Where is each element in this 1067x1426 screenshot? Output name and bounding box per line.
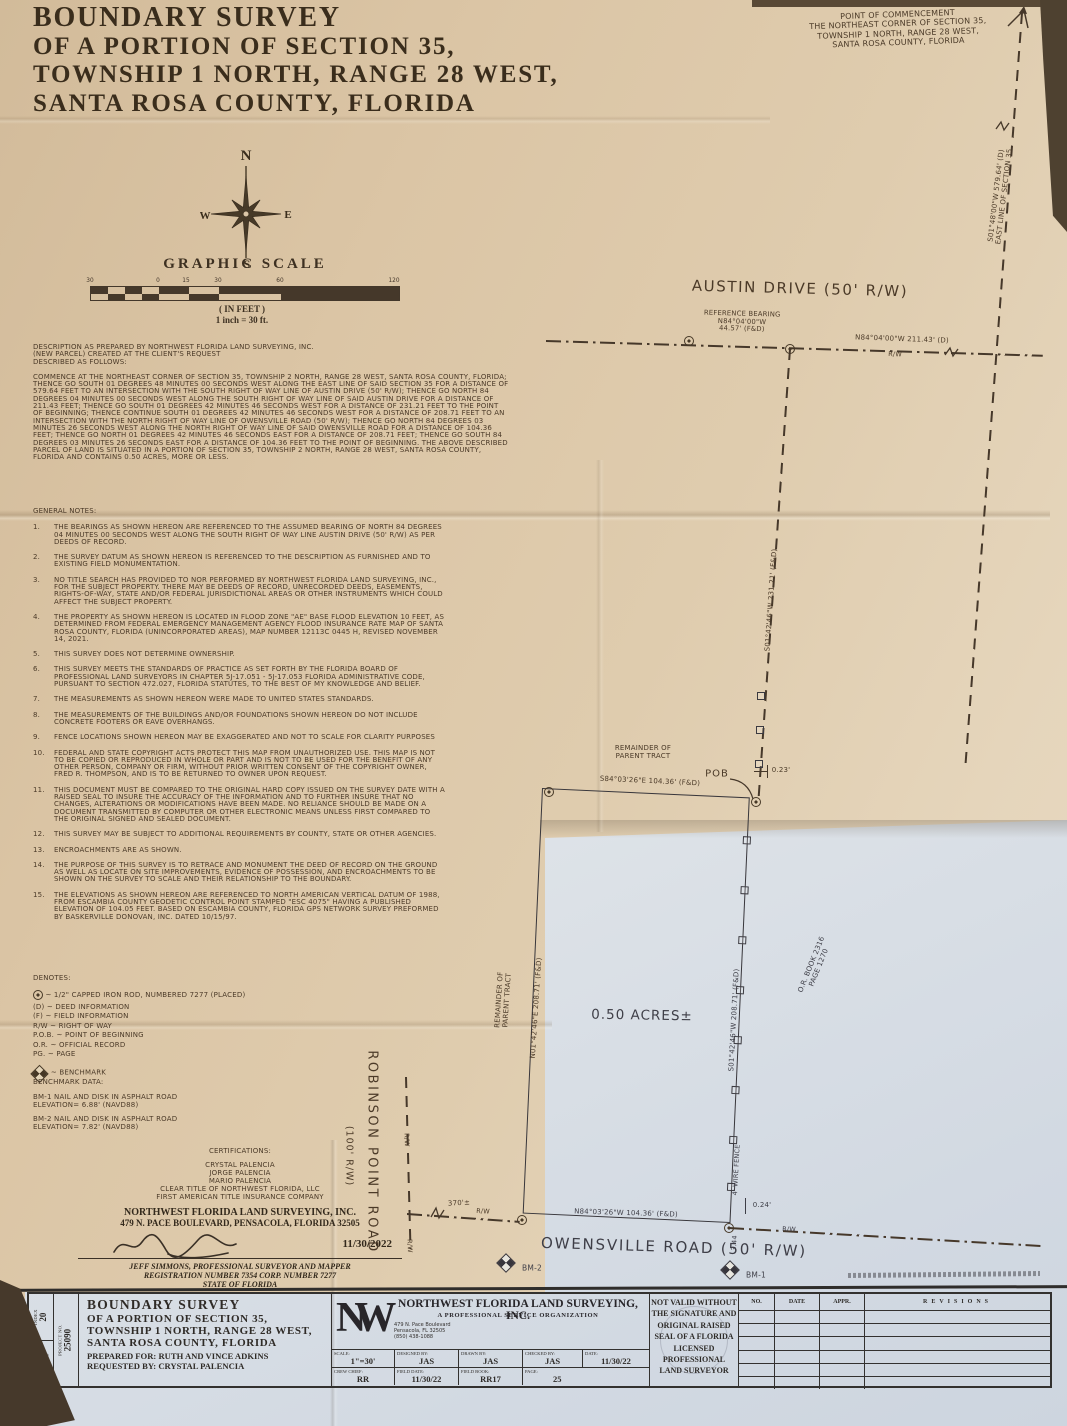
pob-label: POB: [705, 769, 729, 780]
rev-cell: [774, 1337, 819, 1349]
rev-cell: [864, 1364, 1050, 1376]
iron-rod-icon: [751, 797, 761, 807]
fence-post-marker: [740, 886, 748, 894]
remainder-parent-tract-label-west: REMAINDER OF PARENT TRACT: [493, 971, 513, 1028]
rev-cell: [739, 1337, 774, 1349]
revision-row-empty: [739, 1364, 1050, 1377]
line-break-icon: [995, 120, 1011, 132]
north-boundary-bearing: S84°03'26"E 104.36' (F&D): [600, 775, 701, 788]
line-break-icon: [944, 346, 960, 358]
rw-label: R/W: [405, 1239, 413, 1253]
project-rotated: PROJECT NO. 25090: [59, 1324, 73, 1356]
bm1-label: BM-1: [746, 1272, 766, 1281]
fence-post-marker: [757, 692, 765, 700]
remainder-line: REMAINDER OF: [615, 744, 671, 752]
tb-title-line: SANTA ROSA COUNTY, FLORIDA: [87, 1337, 331, 1349]
reference-bearing-distance: 44.57' (F&D): [703, 325, 780, 335]
reference-bearing-note: REFERENCE BEARING N84°04'00"W 44.57' (F&…: [703, 310, 780, 335]
company-header: NW NORTHWEST FLORIDA LAND SURVEYING, INC…: [332, 1294, 649, 1349]
robinson-point-road-label: ROBINSON POINT ROAD: [365, 1050, 380, 1253]
rev-cell: [774, 1351, 819, 1363]
photo-edge-top: [752, 0, 1067, 7]
company-address: 479 N. Pace Boulevard Pensacola, FL 3250…: [394, 1322, 451, 1340]
rev-cell: [819, 1337, 864, 1349]
rev-cell: [819, 1364, 864, 1376]
iron-rod-icon: [684, 336, 694, 346]
not-valid-cell: NOT VALID WITHOUT THE SIGNATURE AND ORIG…: [650, 1294, 739, 1386]
rev-col-no: NO.: [739, 1299, 774, 1305]
revision-row-empty: [739, 1337, 1050, 1350]
or-book-label: O.R. BOOK 2316 PAGE 1270: [796, 935, 833, 996]
rev-col-appr: APPR.: [819, 1294, 864, 1310]
index-value: 20: [39, 1313, 48, 1322]
field-value: JAS: [459, 1356, 522, 1366]
offset-tick: [767, 765, 768, 778]
rw-label: R/W: [476, 1208, 490, 1216]
company-address-line: (850) 438-1088: [394, 1334, 451, 1340]
distance-344-label: 3.44: [731, 1235, 739, 1251]
point-of-commencement-note: POINT OF COMMENCEMENT THE NORTHEAST CORN…: [777, 6, 1018, 52]
company-org: A PROFESSIONAL SERVICE ORGANIZATION: [390, 1312, 646, 1319]
rev-col-date: DATE: [774, 1294, 819, 1310]
date-field: DATE:11/30/22: [582, 1349, 649, 1367]
project-value: 25090: [64, 1329, 73, 1352]
scale-field: SCALE:1"=30': [332, 1349, 394, 1367]
field-label: PAGE:: [525, 1369, 538, 1374]
fence-post-marker: [756, 726, 764, 734]
field-value: RR: [332, 1374, 394, 1384]
fine-print-line: [848, 1271, 1040, 1278]
rev-cell: [739, 1324, 774, 1336]
rev-cell: [739, 1311, 774, 1323]
project-column: PROJECT NO. 25090: [54, 1294, 79, 1386]
fence-post-marker: [729, 1136, 737, 1144]
fields-row-1: SCALE:1"=30' DESIGNED BY:JAS DRAWN BY:JA…: [332, 1349, 649, 1367]
austin-drive-label: AUSTIN DRIVE (50' R/W): [692, 278, 909, 301]
offset-tick: [754, 771, 767, 772]
index-rotated: INDEX 20: [34, 1309, 48, 1325]
prepared-for: PREPARED FOR: RUTH AND VINCE ADKINS: [87, 1351, 331, 1361]
rev-cell: [864, 1324, 1050, 1336]
survey-drawing: POINT OF COMMENCEMENT THE NORTHEAST CORN…: [0, 0, 1067, 1426]
remainder-parent-tract-label: REMAINDER OF PARENT TRACT: [615, 744, 671, 760]
survey-sheet: BOUNDARY SURVEY OF A PORTION OF SECTION …: [0, 0, 1067, 1426]
company-logo: NW: [336, 1294, 384, 1342]
titleblock: INDEX 20 NO. 1 OF 1 SHEETS PROJECT NO. 2…: [27, 1292, 1052, 1388]
robinson-rw-label: (100' R/W): [344, 1126, 355, 1186]
rev-cell: [819, 1324, 864, 1336]
fields-row-2: CREW CHIEF:RR FIELD DATE:11/30/22 FIELD …: [332, 1367, 649, 1385]
rev-cell: [864, 1311, 1050, 1323]
fence-post-marker: [731, 1086, 739, 1094]
rev-cell: [774, 1324, 819, 1336]
seal-impression: [660, 1306, 728, 1374]
wire-fence-label: 4' WIRE FENCE: [732, 1144, 742, 1195]
rev-cell: [819, 1351, 864, 1363]
field-value: JAS: [395, 1356, 458, 1366]
rev-cell: [774, 1377, 819, 1389]
owensville-rw-line-west: [407, 1213, 520, 1222]
benchmark-icon: [720, 1260, 740, 1280]
revision-row-empty: [739, 1311, 1050, 1324]
rev-cell: [819, 1311, 864, 1323]
east-section-line-label: S01°48'00"W 579.64' (D) EAST LINE OF SEC…: [986, 147, 1014, 245]
page-field: PAGE:25: [522, 1367, 649, 1385]
austin-bearing-label: N84°04'00"W 211.43' (D): [855, 333, 949, 344]
company-cell: NW NORTHWEST FLORIDA LAND SURVEYING, INC…: [332, 1294, 650, 1386]
field-value: 1"=30': [332, 1356, 394, 1366]
rev-cell: [774, 1364, 819, 1376]
rev-cell: [739, 1351, 774, 1363]
crew-field: CREW CHIEF:RR: [332, 1367, 394, 1385]
tb-title-line: BOUNDARY SURVEY: [87, 1297, 331, 1313]
fence-post-marker: [738, 936, 746, 944]
rw-label: R/W: [888, 351, 902, 359]
field-value: 25: [553, 1374, 649, 1384]
pob-offset-label: 0.23': [772, 766, 791, 774]
bm2-label: BM-2: [522, 1265, 542, 1274]
parcel-acreage-label: 0.50 ACRES±: [591, 1008, 693, 1025]
remainder-line: PARENT TRACT: [615, 752, 671, 760]
east-section-line: [964, 13, 1022, 765]
requested-by: REQUESTED BY: CRYSTAL PALENCIA: [87, 1361, 331, 1371]
rev-col-title: REVISIONS: [864, 1294, 1050, 1310]
tb-title-line: OF A PORTION OF SECTION 35,: [87, 1313, 331, 1325]
iron-rod-icon: [544, 787, 554, 797]
titleblock-title-cell: BOUNDARY SURVEY OF A PORTION OF SECTION …: [79, 1294, 332, 1386]
rw-label: R/W: [782, 1226, 796, 1234]
revisions-header: NO. DATE APPR. REVISIONS: [739, 1294, 1050, 1311]
checked-field: CHECKED BY:JAS: [522, 1349, 582, 1367]
fence-post-marker: [755, 760, 763, 768]
offset-024-label: 0.24': [753, 1201, 772, 1209]
tb-title-line: TOWNSHIP 1 NORTH, RANGE 28 WEST,: [87, 1325, 331, 1337]
revision-row-empty: [739, 1351, 1050, 1364]
robinson-rw-line: [405, 1077, 411, 1249]
field-date-field: FIELD DATE:11/30/22: [394, 1367, 458, 1385]
field-book-field: FIELD BOOK:RR17: [458, 1367, 522, 1385]
rw-label: R/W: [402, 1133, 410, 1147]
rev-cell: [739, 1364, 774, 1376]
field-value: RR17: [459, 1374, 522, 1384]
rev-cell: [864, 1337, 1050, 1349]
parcel-boundary: [523, 788, 750, 1223]
designed-field: DESIGNED BY:JAS: [394, 1349, 458, 1367]
rev-cell: [864, 1351, 1050, 1363]
owensville-road-label: OWENSVILLE ROAD (50' R/W): [541, 1234, 807, 1260]
field-value: JAS: [523, 1356, 582, 1366]
tie-line-bearing-label: S01°42'46"W 231.21' (F&D): [763, 548, 778, 651]
field-value: 11/30/22: [395, 1374, 458, 1384]
revision-row-empty: [739, 1377, 1050, 1389]
revision-row-empty: [739, 1324, 1050, 1337]
line-break-icon: [429, 1206, 445, 1220]
fence-post-marker: [743, 836, 751, 844]
drawn-field: DRAWN BY:JAS: [458, 1349, 522, 1367]
rev-cell: [864, 1377, 1050, 1389]
rev-cell: [774, 1311, 819, 1323]
rev-cell: [739, 1377, 774, 1389]
rev-cell: [819, 1377, 864, 1389]
revisions-table: NO. DATE APPR. REVISIONS: [739, 1294, 1050, 1386]
field-value: 11/30/22: [583, 1356, 649, 1366]
benchmark-icon: [496, 1253, 516, 1273]
distance-370-label: 370'±: [448, 1198, 471, 1207]
offset-tick: [745, 1198, 746, 1214]
